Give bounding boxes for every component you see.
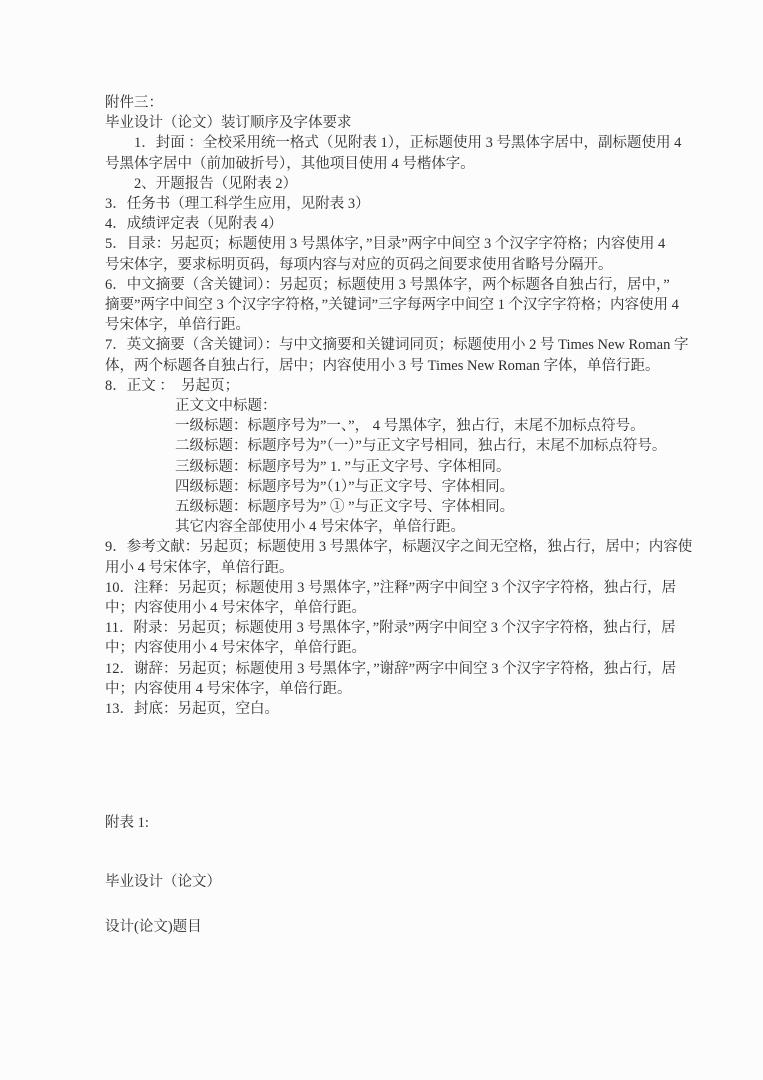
item-8-other-content: 其它内容全部使用小 4 号宋体字，单倍行距。 — [105, 517, 763, 537]
document-page: 附件三： 毕业设计（论文）装订顺序及字体要求 1．封面 ：全校采用统一格式（见附… — [0, 0, 763, 1080]
item-10-notes-line2: 中；内容使用小 4 号宋体字，单倍行距。 — [105, 598, 763, 618]
item-11-appendix-line2: 中；内容使用小 4 号宋体字，单倍行距。 — [105, 638, 763, 658]
item-13-back-cover: 13．封底：另起页，空白。 — [105, 699, 763, 719]
appendix-doc-title: 毕业设计（论文） — [105, 872, 763, 892]
appendix-table-label: 附表 1: — [105, 813, 763, 833]
item-8-main-text: 8．正文 ： 另起页； — [105, 376, 763, 396]
item-6-cn-abstract-line1: 6．中文摘要（含关键词）：另起页；标题使用 3 号黑体字，两个标题各自独占行，居… — [105, 275, 763, 295]
item-1-cover-line2: 号黑体字居中（前加破折号），其他项目使用 4 号楷体字。 — [105, 154, 763, 174]
item-4-grade-sheet: 4．成绩评定表（见附表 4） — [105, 214, 763, 234]
item-8-level4-heading: 四级标题：标题序号为”（1）”与正文字号、字体相同。 — [105, 477, 763, 497]
item-1-cover-line1: 1．封面 ：全校采用统一格式（见附表 1），正标题使用 3 号黑体字居中，副标题… — [105, 133, 763, 153]
document-body: 附件三： 毕业设计（论文）装订顺序及字体要求 1．封面 ：全校采用统一格式（见附… — [0, 0, 763, 937]
item-11-appendix-line1: 11．附录：另起页；标题使用 3 号黑体字，”附录”两字中间空 3 个汉字字符格… — [105, 618, 763, 638]
item-7-en-abstract-line2: 体，两个标题各自独占行，居中；内容使用小 3 号 Times New Roman… — [105, 356, 763, 376]
item-2-proposal: 2、开题报告（见附表 2） — [105, 174, 763, 194]
item-5-toc-line2: 号宋体字，要求标明页码，每项内容与对应的页码之间要求使用省略号分隔开。 — [105, 255, 763, 275]
item-8-level2-heading: 二级标题：标题序号为”（一）”与正文字号相同，独占行，末尾不加标点符号。 — [105, 436, 763, 456]
item-8-level1-heading: 一级标题：标题序号为”一、”， 4 号黑体字，独占行，末尾不加标点符号。 — [105, 416, 763, 436]
item-9-references-line2: 用小 4 号宋体字，单倍行距。 — [105, 558, 763, 578]
item-6-cn-abstract-line3: 号宋体字，单倍行距。 — [105, 315, 763, 335]
item-8-level3-heading: 三级标题：标题序号为” 1. ”与正文字号、字体相同。 — [105, 457, 763, 477]
item-12-acknowledgement-line2: 中；内容使用 4 号宋体字，单倍行距。 — [105, 679, 763, 699]
item-3-task-book: 3．任务书（理工科学生应用，见附表 3） — [105, 194, 763, 214]
attachment-label: 附件三： — [105, 93, 763, 113]
item-8-level5-heading: 五级标题：标题序号为” ① ”与正文字号、字体相同。 — [105, 497, 763, 517]
item-7-en-abstract-line1: 7．英文摘要（含关键词）：与中文摘要和关键词同页；标题使用小 2 号 Times… — [105, 335, 763, 355]
appendix-topic-label: 设计(论文)题目 — [105, 917, 763, 937]
item-5-toc-line1: 5．目录：另起页；标题使用 3 号黑体字，”目录”两字中间空 3 个汉字字符格；… — [105, 234, 763, 254]
item-10-notes-line1: 10．注释：另起页；标题使用 3 号黑体字，”注释”两字中间空 3 个汉字字符格… — [105, 578, 763, 598]
item-8-headings-label: 正文文中标题： — [105, 396, 763, 416]
document-title: 毕业设计（论文）装订顺序及字体要求 — [105, 113, 763, 133]
item-6-cn-abstract-line2: 摘要”两字中间空 3 个汉字字符格，”关键词”三字每两字中间空 1 个汉字字符格… — [105, 295, 763, 315]
item-12-acknowledgement-line1: 12．谢辞：另起页；标题使用 3 号黑体字，”谢辞”两字中间空 3 个汉字字符格… — [105, 659, 763, 679]
item-9-references-line1: 9．参考文献：另起页；标题使用 3 号黑体字，标题汉字之间无空格，独占行，居中；… — [105, 537, 763, 557]
